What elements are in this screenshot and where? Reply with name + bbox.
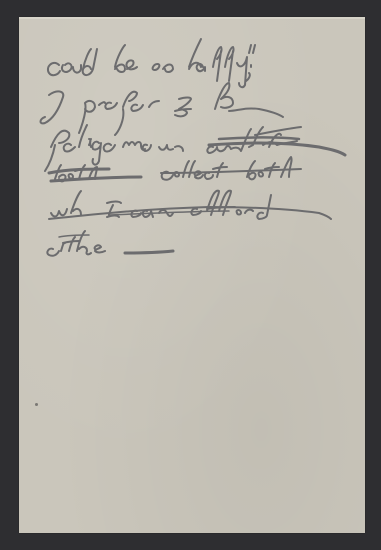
- ink-line-3: [45, 125, 345, 171]
- ink-line-2: [41, 83, 284, 135]
- ink-line-5: [49, 191, 331, 219]
- paper-speck: [35, 403, 38, 406]
- ink-line-6: [47, 231, 173, 256]
- handwriting-strokes: [19, 17, 365, 533]
- manuscript-page: could be so happy"; I prefer to be polyg…: [19, 17, 365, 533]
- ink-line-4: [49, 157, 301, 181]
- ink-line-1: [48, 39, 255, 87]
